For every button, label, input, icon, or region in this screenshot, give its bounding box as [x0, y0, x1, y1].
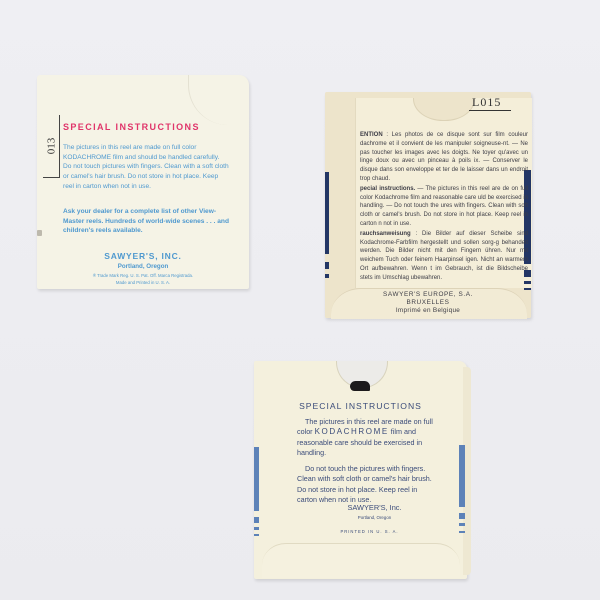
- reel-disc-peek: [350, 381, 370, 391]
- handwritten-reel-code: 013: [43, 115, 60, 178]
- instructions-body: The pictures in this reel are made on fu…: [63, 143, 229, 192]
- kodachrome-wordmark: KODACHROME: [315, 427, 389, 436]
- company-name: SAWYER'S EUROPE, S.A.: [325, 291, 531, 298]
- company-name: SAWYER'S, INC.: [37, 251, 249, 261]
- german-instructions: rauchsanweisung : Die Bilder auf dieser …: [360, 230, 528, 283]
- printed-in-notice: Imprimé en Belgique: [325, 307, 531, 314]
- blue-stripe-right: [459, 445, 465, 507]
- envelope-sawyers-europe: L015 ENTION : Les photos de ce disque so…: [325, 92, 531, 318]
- french-instructions: ENTION : Les photos de ce disque sont su…: [360, 131, 528, 184]
- navy-stripe-left-dash: [325, 274, 329, 278]
- blue-stripe-left-dash: [254, 534, 259, 536]
- instructions-title: SPECIAL INSTRUCTIONS: [254, 401, 467, 411]
- envelope-thumb-notch: [37, 230, 42, 236]
- instructions-paragraph-2: Do not touch the pictures with fingers. …: [297, 464, 437, 505]
- made-in-notice: Made and Printed in U. S. A.: [37, 280, 249, 285]
- envelope-flap-edge: [188, 75, 249, 125]
- envelope-bottom-flap: [262, 543, 460, 578]
- instructions-title: SPECIAL INSTRUCTIONS: [63, 122, 200, 132]
- company-city: BRUXELLES: [325, 299, 531, 306]
- blue-stripe-right-dash: [459, 523, 465, 526]
- company-city: Portland, Oregon: [37, 263, 249, 270]
- trademark-notice: ® Trade Mark Reg. U. S. Pat. Off. Marca …: [37, 273, 249, 278]
- handwritten-reel-code: L015: [469, 95, 511, 111]
- navy-stripe-left-dash: [325, 262, 329, 269]
- company-name: SAWYER'S, Inc.: [254, 503, 467, 512]
- company-city: Portland, Oregon: [254, 515, 467, 520]
- multilingual-instructions: ENTION : Les photos de ce disque sont su…: [360, 131, 528, 284]
- instructions-paragraph-1: The pictures in this reel are made on fu…: [297, 417, 437, 458]
- english-instructions: pecial instructions. — The pictures in t…: [360, 185, 528, 229]
- blue-stripe-left: [254, 447, 259, 511]
- envelope-sawyers-usa-red-title: 013 SPECIAL INSTRUCTIONS The pictures in…: [37, 75, 249, 289]
- printed-in-notice: PRINTED IN U. S. A.: [254, 529, 467, 534]
- envelope-sawyers-usa-navy-title: SPECIAL INSTRUCTIONS The pictures in thi…: [254, 361, 467, 579]
- navy-stripe-left: [325, 172, 329, 254]
- navy-stripe-right-dash: [524, 288, 531, 290]
- dealer-promo-text: Ask your dealer for a complete list of o…: [63, 207, 229, 236]
